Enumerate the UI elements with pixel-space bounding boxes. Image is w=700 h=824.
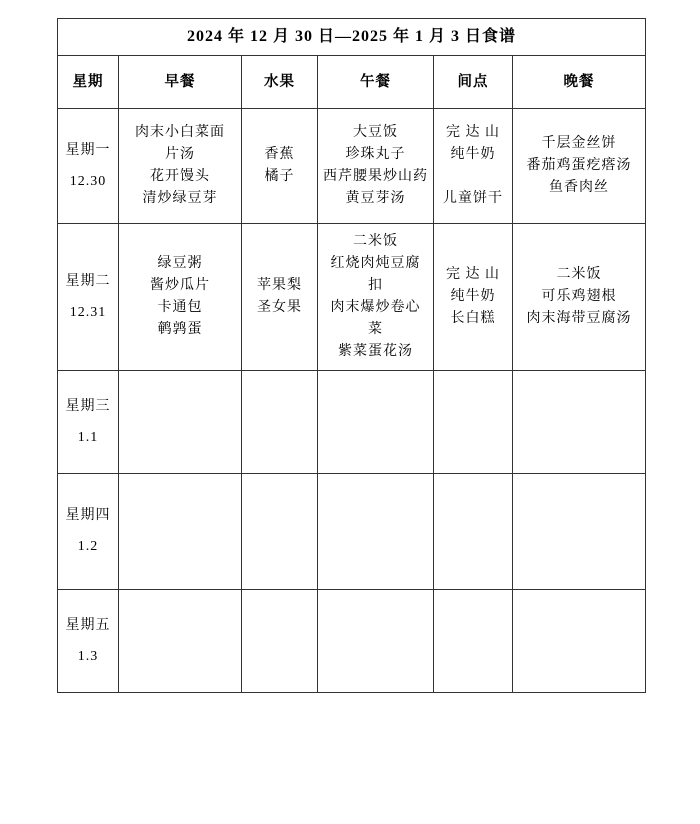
breakfast-cell: 绿豆粥 酱炒瓜片 卡通包 鹌鹑蛋 <box>119 224 242 371</box>
dinner-cell <box>513 474 646 590</box>
menu-row-friday: 星期五 1.3 <box>58 590 646 693</box>
dinner-cell: 千层金丝饼 番茄鸡蛋疙瘩汤 鱼香肉丝 <box>513 109 646 224</box>
document-page: 2024 年 12 月 30 日—2025 年 1 月 3 日食谱 星期 早餐 … <box>0 0 700 824</box>
snack-cell: 完 达 山 纯牛奶 儿童饼干 <box>434 109 513 224</box>
date-label: 12.30 <box>70 172 107 192</box>
breakfast-cell: 肉末小白菜面 片汤 花开馒头 清炒绿豆芽 <box>119 109 242 224</box>
dinner-cell: 二米饭 可乐鸡翅根 肉末海带豆腐汤 <box>513 224 646 371</box>
menu-table: 2024 年 12 月 30 日—2025 年 1 月 3 日食谱 星期 早餐 … <box>57 18 646 693</box>
fruit-cell <box>242 474 318 590</box>
menu-row-monday: 星期一 12.30 肉末小白菜面 片汤 花开馒头 清炒绿豆芽 香蕉 橘子 大豆饭… <box>58 109 646 224</box>
menu-row-wednesday: 星期三 1.1 <box>58 371 646 474</box>
col-header-week: 星期 <box>58 56 119 109</box>
breakfast-cell <box>119 474 242 590</box>
lunch-cell <box>318 371 434 474</box>
day-label: 星期四 <box>66 506 111 526</box>
col-header-snack: 间点 <box>434 56 513 109</box>
fruit-cell: 苹果梨 圣女果 <box>242 224 318 371</box>
snack-cell <box>434 590 513 693</box>
weekday-cell: 星期四 1.2 <box>58 474 119 590</box>
snack-cell <box>434 371 513 474</box>
lunch-cell: 大豆饭 珍珠丸子 西芹腰果炒山药 黄豆芽汤 <box>318 109 434 224</box>
date-label: 12.31 <box>70 303 107 323</box>
lunch-cell: 二米饭 红烧肉炖豆腐 扣 肉末爆炒卷心 菜 紫菜蛋花汤 <box>318 224 434 371</box>
date-label: 1.2 <box>78 537 99 557</box>
page-title: 2024 年 12 月 30 日—2025 年 1 月 3 日食谱 <box>58 19 646 56</box>
col-header-lunch: 午餐 <box>318 56 434 109</box>
day-label: 星期一 <box>66 141 111 161</box>
col-header-fruit: 水果 <box>242 56 318 109</box>
dinner-cell <box>513 371 646 474</box>
snack-cell: 完 达 山 纯牛奶 长白糕 <box>434 224 513 371</box>
date-label: 1.1 <box>78 428 99 448</box>
fruit-cell <box>242 590 318 693</box>
breakfast-cell <box>119 371 242 474</box>
date-label: 1.3 <box>78 647 99 667</box>
fruit-cell: 香蕉 橘子 <box>242 109 318 224</box>
day-label: 星期二 <box>66 272 111 292</box>
weekday-cell: 星期二 12.31 <box>58 224 119 371</box>
day-label: 星期三 <box>66 397 111 417</box>
col-header-dinner: 晚餐 <box>513 56 646 109</box>
lunch-cell <box>318 474 434 590</box>
weekday-cell: 星期五 1.3 <box>58 590 119 693</box>
dinner-cell <box>513 590 646 693</box>
day-label: 星期五 <box>66 616 111 636</box>
menu-row-tuesday: 星期二 12.31 绿豆粥 酱炒瓜片 卡通包 鹌鹑蛋 苹果梨 圣女果 二米饭 红… <box>58 224 646 371</box>
breakfast-cell <box>119 590 242 693</box>
weekday-cell: 星期三 1.1 <box>58 371 119 474</box>
snack-cell <box>434 474 513 590</box>
lunch-cell <box>318 590 434 693</box>
title-row: 2024 年 12 月 30 日—2025 年 1 月 3 日食谱 <box>58 19 646 56</box>
col-header-breakfast: 早餐 <box>119 56 242 109</box>
menu-row-thursday: 星期四 1.2 <box>58 474 646 590</box>
fruit-cell <box>242 371 318 474</box>
weekday-cell: 星期一 12.30 <box>58 109 119 224</box>
header-row: 星期 早餐 水果 午餐 间点 晚餐 <box>58 56 646 109</box>
